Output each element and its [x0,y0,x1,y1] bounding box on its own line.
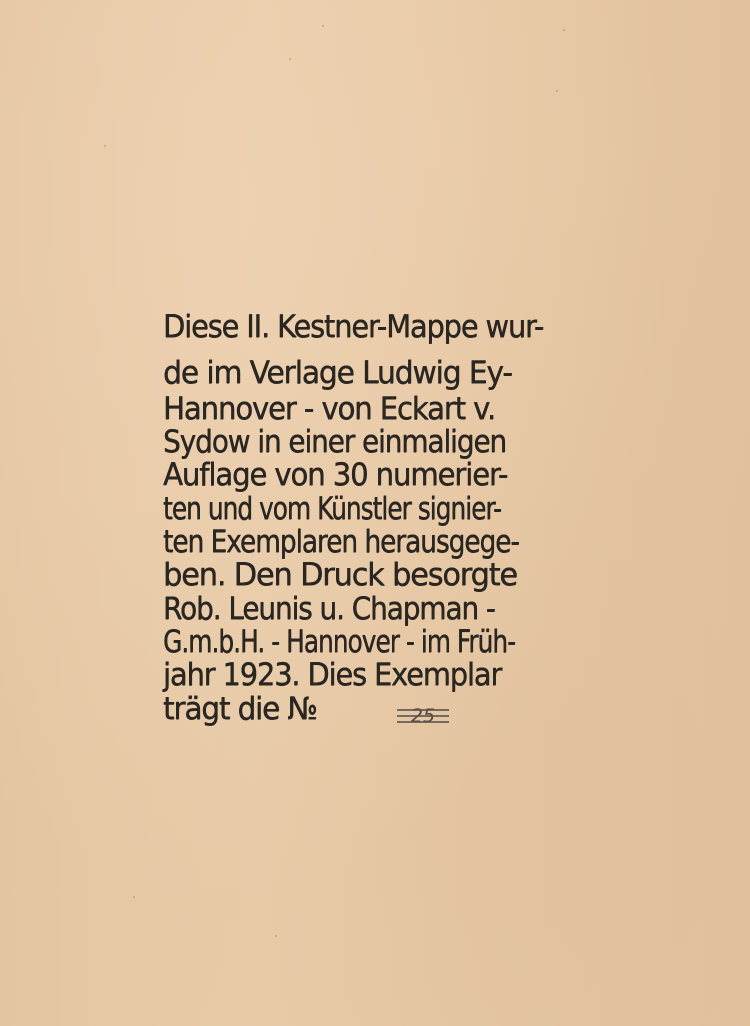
paper-speck [133,896,135,898]
colophon-line-11: jahr 1923. Dies Exemplar [163,658,501,692]
colophon-line-8: ben. Den Druck besorgte [163,558,517,592]
paper-speck [563,29,565,31]
copy-number: 25 [397,704,449,728]
colophon-line-1: Diese II. Kestner-Mappe wur- [163,310,543,344]
colophon-line-12: trägt die № [163,692,317,726]
colophon-line-5: Auflage von 30 numerier- [163,458,507,492]
colophon-line-7: ten Exemplaren herausgege- [163,525,519,559]
colophon-line-10: G.m.b.H. - Hannover - im Früh- [163,625,515,659]
number-rule [397,721,449,723]
paper-speck [289,58,291,60]
number-rule [397,709,449,711]
number-rule [397,715,449,717]
paper-speck [322,25,324,27]
paper-speck [275,935,277,937]
paper-speck [556,90,558,92]
paper-speck [104,145,106,147]
colophon-line-9: Rob. Leunis u. Chapman - [163,592,495,626]
colophon-line-4: Sydow in einer einmaligen [163,425,506,459]
colophon-line-2: de im Verlage Ludwig Ey- [163,356,512,390]
colophon-line-3: Hannover - von Eckart v. [163,392,495,426]
colophon-line-6: ten und vom Künstler signier- [163,492,501,526]
